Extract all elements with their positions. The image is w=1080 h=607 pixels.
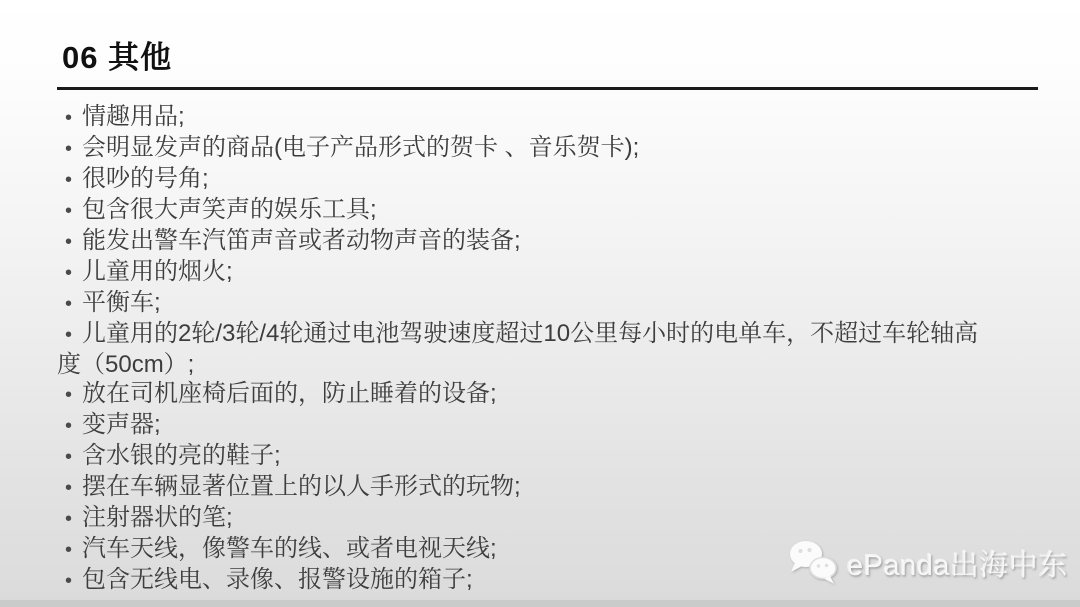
list-item: 摆在车辆显著位置上的以人手形式的玩物; — [57, 472, 1038, 503]
list-item: 很吵的号角; — [57, 164, 1038, 195]
wechat-icon — [788, 539, 840, 587]
list-item: 含水银的亮的鞋子; — [57, 441, 1038, 472]
page-title: 06 其他 — [62, 40, 1038, 76]
list-item: 平衡车; — [57, 288, 1038, 319]
bottom-bar — [0, 600, 1080, 607]
list-item: 情趣用品; — [57, 102, 1038, 133]
watermark: ePanda出海中东 — [788, 539, 1068, 587]
list-item: 儿童用的2轮/3轮/4轮通过电池驾驶速度超过10公里每小时的电单车，不超过车轮轴… — [57, 319, 1038, 379]
list-item: 能发出警车汽笛声音或者动物声音的装备; — [57, 226, 1038, 257]
slide: 06 其他 情趣用品; 会明显发声的商品(电子产品形式的贺卡 、音乐贺卡); 很… — [0, 0, 1080, 607]
list-item: 注射器状的笔; — [57, 503, 1038, 534]
watermark-label: ePanda出海中东 — [847, 543, 1068, 584]
prohibited-items-list: 情趣用品; 会明显发声的商品(电子产品形式的贺卡 、音乐贺卡); 很吵的号角; … — [57, 102, 1038, 596]
list-item: 儿童用的烟火; — [57, 257, 1038, 288]
list-item: 放在司机座椅后面的，防止睡着的设备; — [57, 379, 1038, 410]
title-divider — [57, 87, 1038, 90]
list-item: 变声器; — [57, 410, 1038, 441]
list-item: 包含很大声笑声的娱乐工具; — [57, 195, 1038, 226]
list-item: 会明显发声的商品(电子产品形式的贺卡 、音乐贺卡); — [57, 133, 1038, 164]
